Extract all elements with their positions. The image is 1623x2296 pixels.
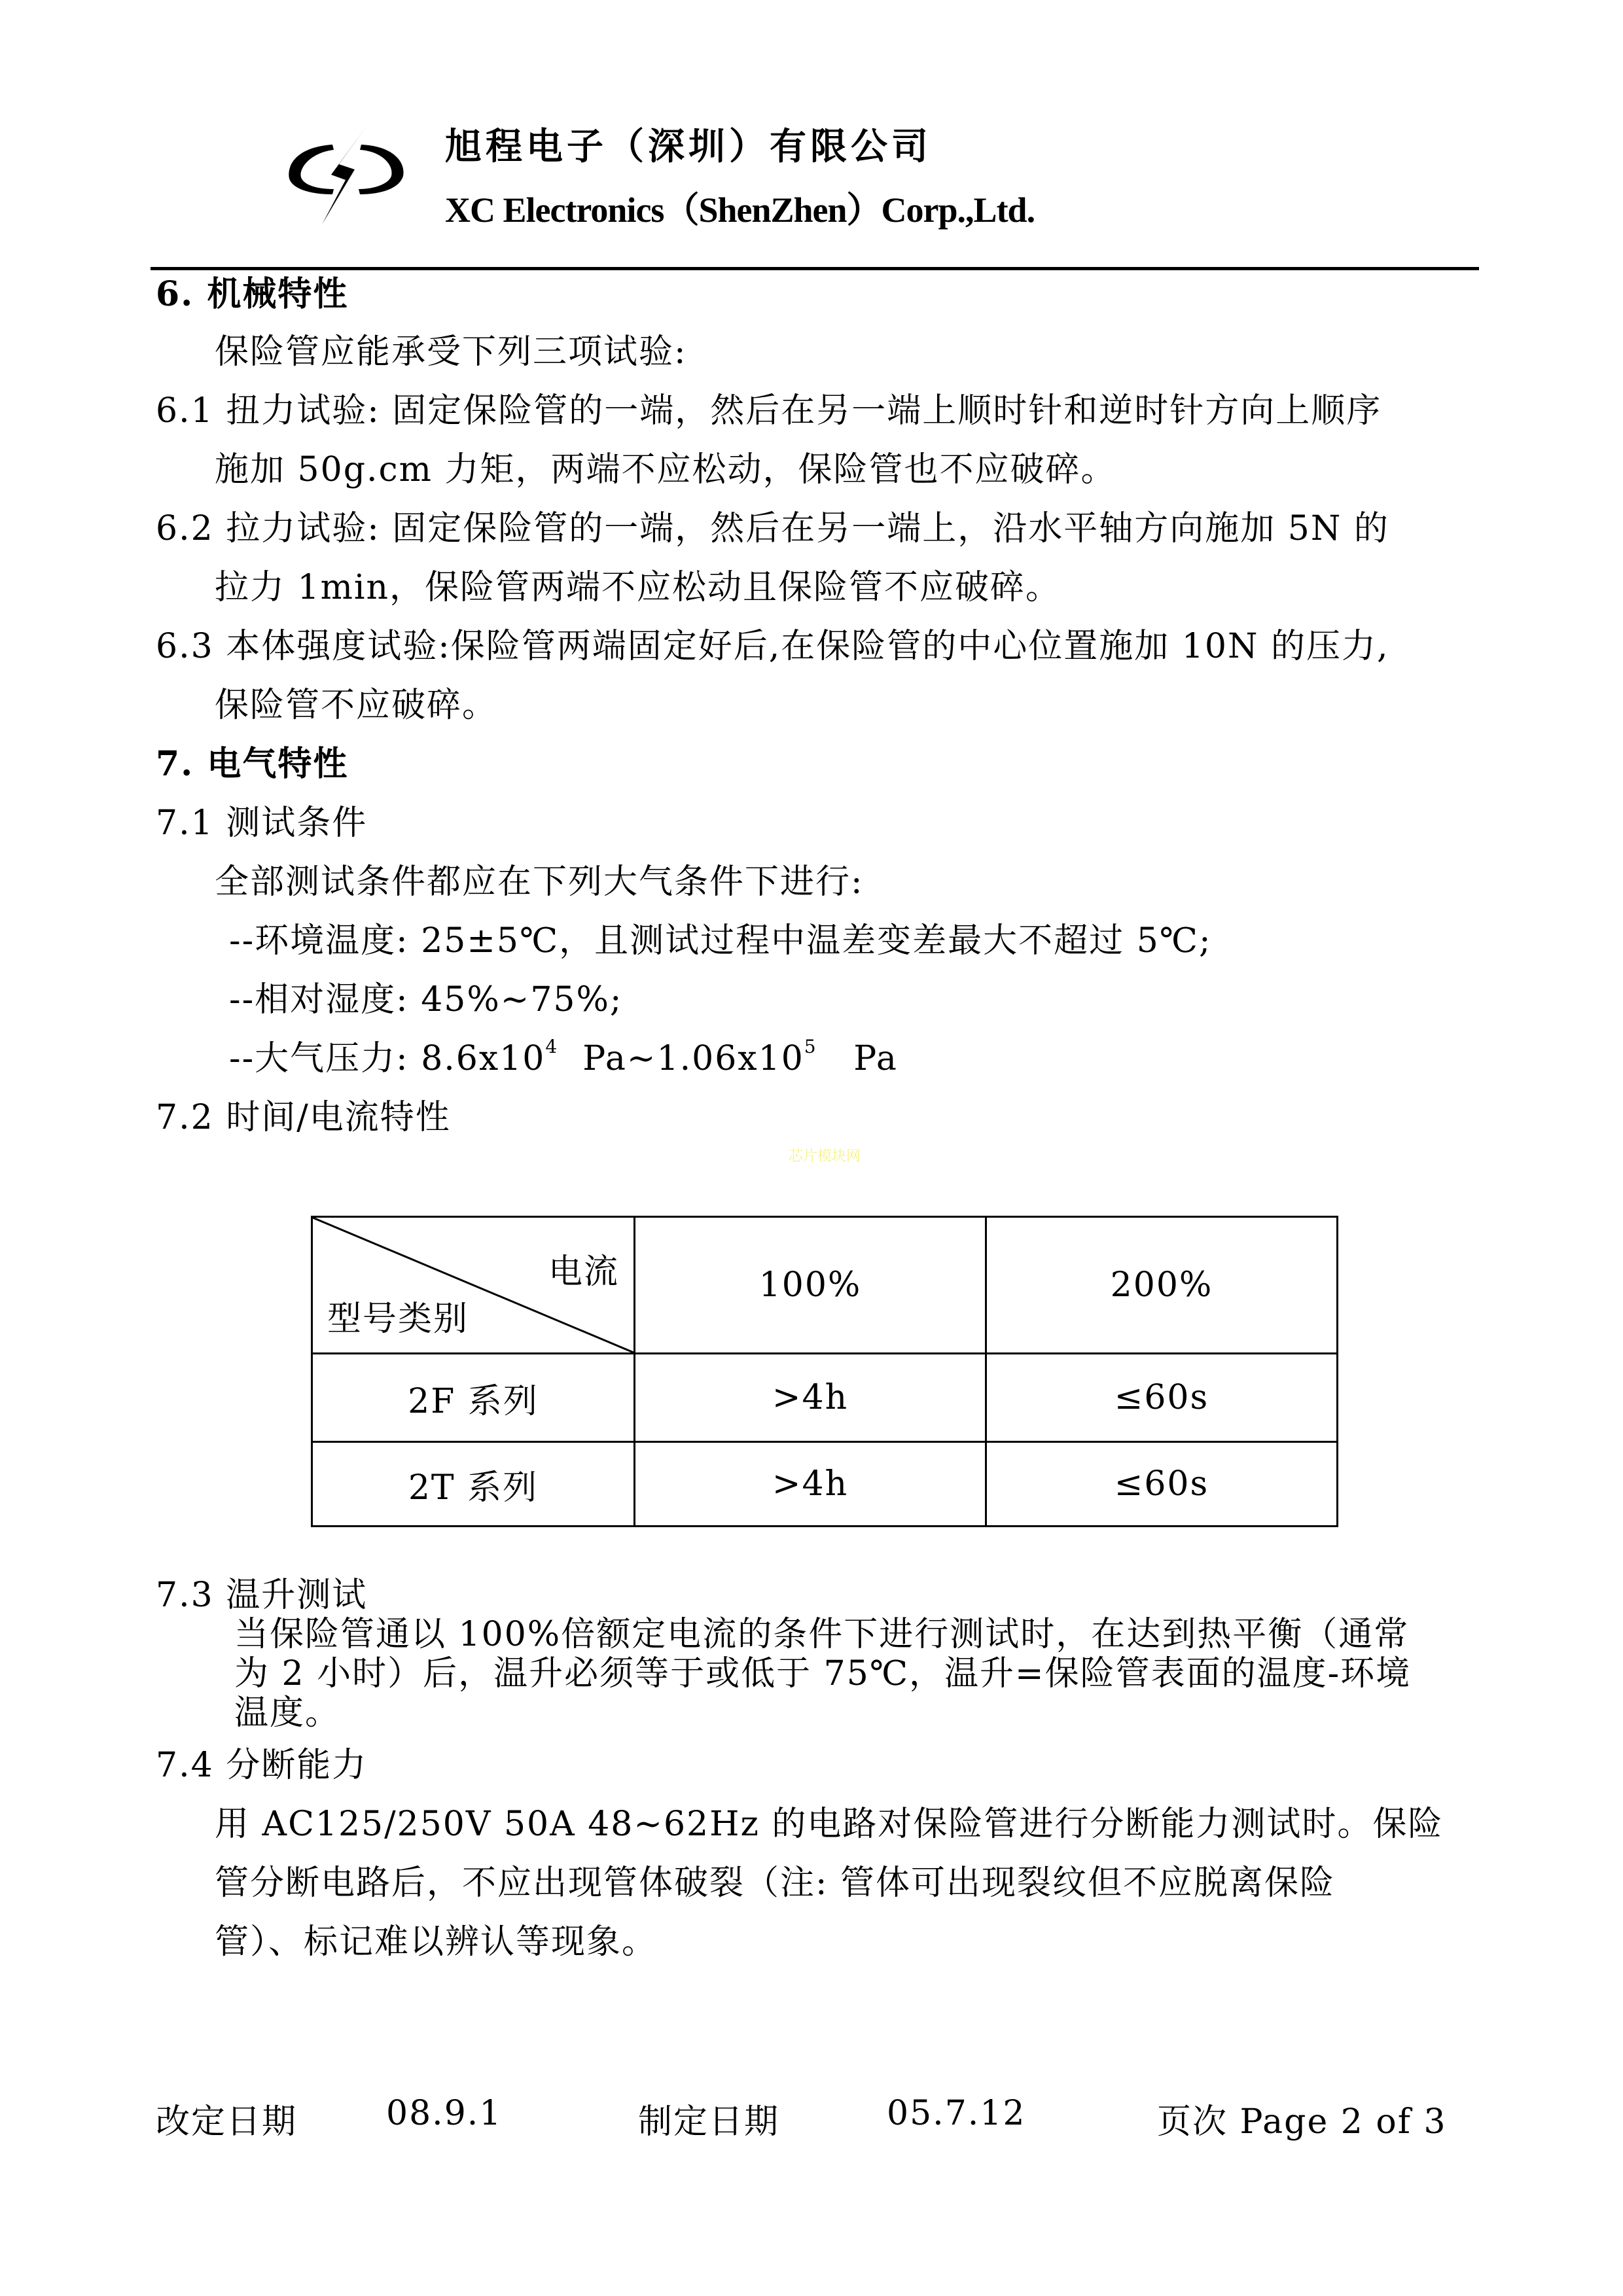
lightning-ellipse-logo-icon <box>281 121 412 245</box>
pressure-unit: Pa <box>817 1039 898 1078</box>
pressure-min-exponent: 4 <box>545 1036 558 1057</box>
row-type: 2T 系列 <box>312 1442 635 1527</box>
section-6-3-line-2: 保险管不应破碎。 <box>215 686 497 725</box>
section-7-4-line-1: 用 AC125/250V 50A 48~62Hz 的电路对保险管进行分断能力测试… <box>215 1805 1443 1844</box>
section-7-3-title: 7.3 温升测试 <box>156 1576 367 1615</box>
column-header-100: 100% <box>635 1217 986 1354</box>
section-7-title: 7. 电气特性 <box>156 745 348 784</box>
corner-type-label: 型号类别 <box>327 1291 469 1340</box>
cell-100: >4h <box>635 1354 986 1442</box>
revised-date: 08.9.1 <box>386 2094 502 2133</box>
section-7-4-line-3: 管）、标记难以辨认等现象。 <box>215 1922 657 1962</box>
condition-pressure: --大气压力: 8.6x104 Pa~1.06x105 Pa <box>229 1039 898 1078</box>
section-7-3-line-3: 温度。 <box>234 1693 340 1733</box>
section-7-4-title: 7.4 分断能力 <box>156 1746 367 1785</box>
section-6-2-line-1: 6.2 拉力试验: 固定保险管的一端，然后在另一端上，沿水平轴方向施加 5N 的 <box>156 509 1389 548</box>
pressure-min-base: --大气压力: 8.6x10 <box>229 1039 545 1078</box>
cell-200: ≤60s <box>986 1442 1338 1527</box>
section-6-1-line-2: 施加 50g.cm 力矩，两端不应松动，保险管也不应破碎。 <box>215 450 1116 489</box>
section-7-2-title: 7.2 时间/电流特性 <box>156 1098 451 1137</box>
header-divider <box>151 267 1479 270</box>
watermark: 芯片模块网 <box>789 1145 861 1165</box>
section-7-1-intro: 全部测试条件都应在下列大气条件下进行: <box>215 862 864 902</box>
row-type: 2F 系列 <box>312 1354 635 1442</box>
cell-100: >4h <box>635 1442 986 1527</box>
created-date: 05.7.12 <box>887 2094 1026 2133</box>
page-number: 页次 Page 2 of 3 <box>1157 2094 1447 2143</box>
section-6-3-line-1: 6.3 本体强度试验:保险管两端固定好后,在保险管的中心位置施加 10N 的压力… <box>156 627 1389 666</box>
condition-humidity: --相对湿度: 45%~75%; <box>229 980 622 1019</box>
corner-current-label: 电流 <box>548 1244 619 1293</box>
section-6-intro: 保险管应能承受下列三项试验: <box>215 332 687 372</box>
cell-200: ≤60s <box>986 1354 1338 1442</box>
table-row: 2F 系列 >4h ≤60s <box>312 1354 1338 1442</box>
table-row: 2T 系列 >4h ≤60s <box>312 1442 1338 1527</box>
condition-temperature: --环境温度: 25±5℃，且测试过程中温差变差最大不超过 5℃; <box>229 921 1212 961</box>
column-header-200: 200% <box>986 1217 1338 1354</box>
revised-date-label: 改定日期 <box>156 2094 297 2143</box>
company-name-en: XC Electronics（ShenZhen）Corp.,Ltd. <box>445 182 1035 232</box>
pressure-max-exponent: 5 <box>804 1036 817 1057</box>
pressure-max-base: Pa~1.06x10 <box>558 1039 804 1078</box>
section-7-3-line-1: 当保险管通以 100%倍额定电流的条件下进行测试时，在达到热平衡（通常 <box>234 1615 1409 1654</box>
created-date-label: 制定日期 <box>638 2094 779 2143</box>
section-6-1-line-1: 6.1 扭力试验: 固定保险管的一端，然后在另一端上顺时针和逆时针方向上顺序 <box>156 391 1382 431</box>
section-6-2-line-2: 拉力 1min，保险管两端不应松动且保险管不应破碎。 <box>215 568 1061 607</box>
section-7-1-title: 7.1 测试条件 <box>156 804 367 843</box>
company-name-cn: 旭程电子（深圳）有限公司 <box>445 118 932 170</box>
section-7-3-line-2: 为 2 小时）后，温升必须等于或低于 75℃，温升=保险管表面的温度-环境 <box>234 1654 1411 1693</box>
time-current-table: 电流 型号类别 100% 200% 2F 系列 >4h ≤60s 2T 系列 >… <box>311 1216 1338 1527</box>
section-7-4-line-2: 管分断电路后，不应出现管体破裂（注: 管体可出现裂纹但不应脱离保险 <box>215 1863 1335 1903</box>
table-corner-cell: 电流 型号类别 <box>312 1217 635 1354</box>
section-6-title: 6. 机械特性 <box>156 275 348 314</box>
table-header-row: 电流 型号类别 100% 200% <box>312 1217 1338 1354</box>
